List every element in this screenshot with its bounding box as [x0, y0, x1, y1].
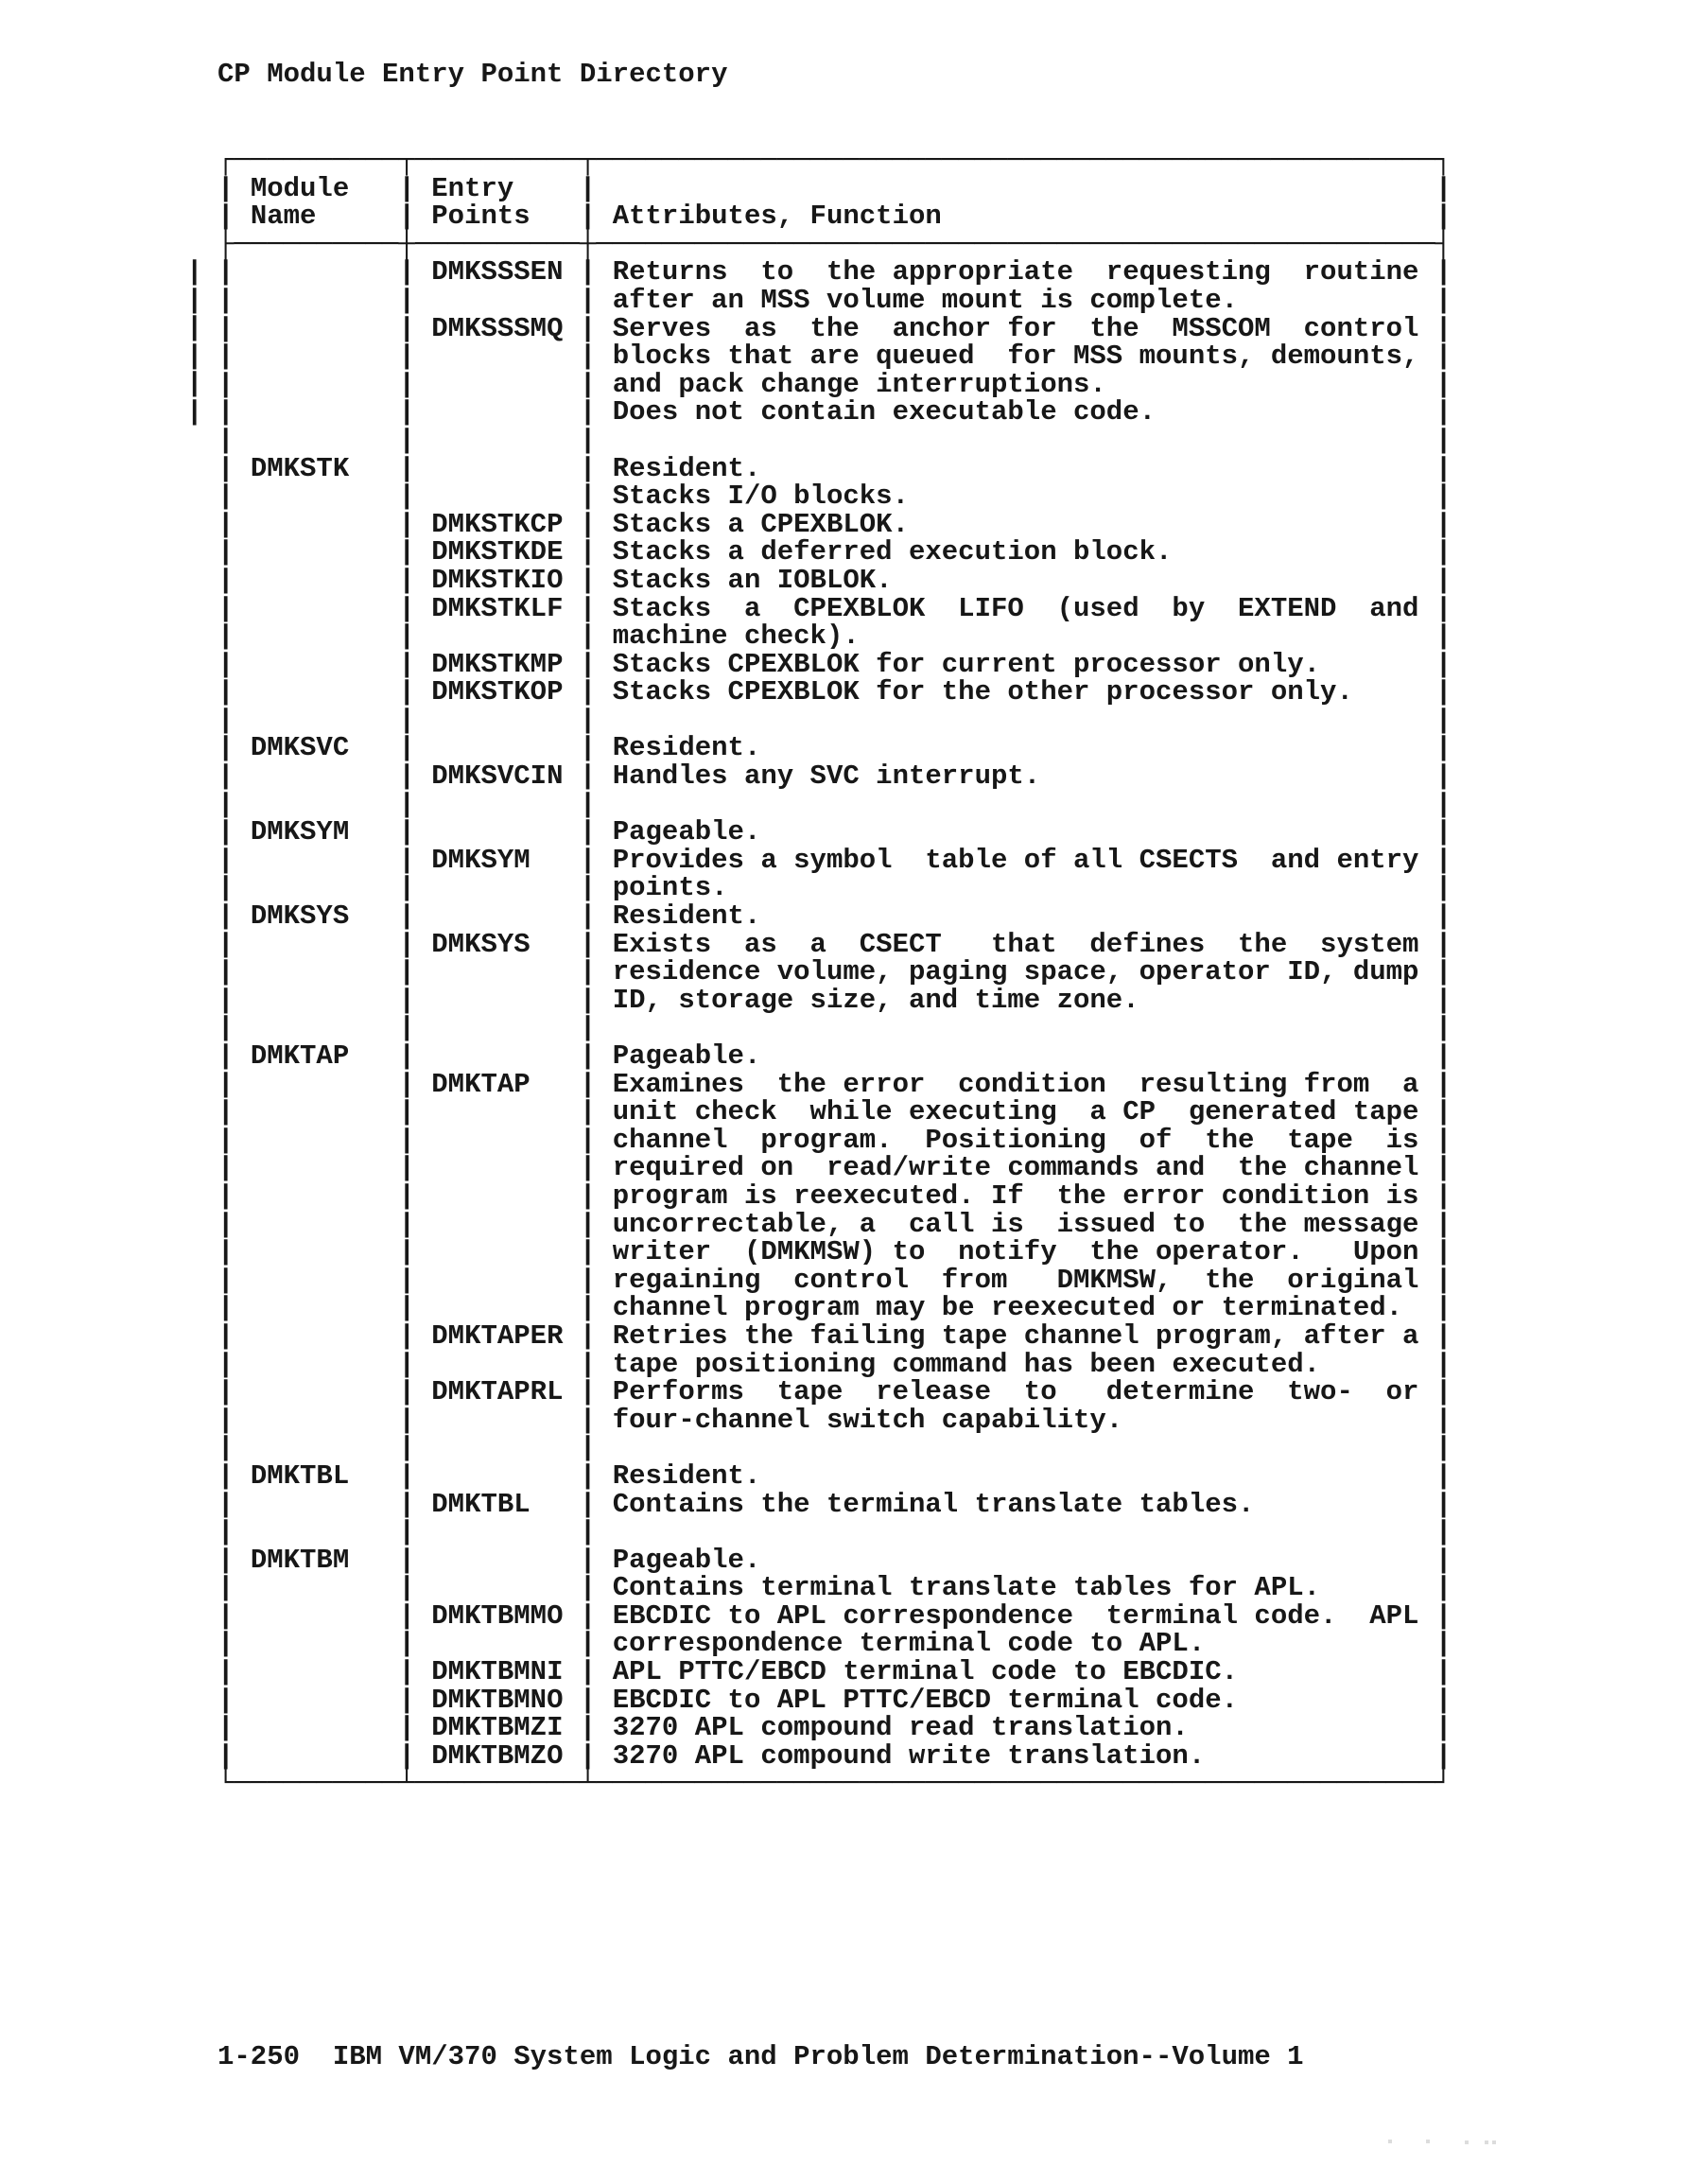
row-entry-dmksym: | | DMKSYM | Provides a symbol table of …	[217, 847, 1452, 875]
function-cell: Handles any SVC interrupt.	[613, 760, 1419, 792]
function-cell: EBCDIC to APL PTTC/EBCD terminal code.	[613, 1685, 1419, 1716]
row-continuation: | | | channel program may be reexecuted …	[217, 1294, 1452, 1322]
row-continuation: | | | Does not contain executable code. …	[217, 398, 1452, 427]
function-cell: machine check).	[613, 620, 1419, 652]
function-cell: Stacks CPEXBLOK for current processor on…	[613, 649, 1419, 680]
function-cell: correspondence terminal code to APL.	[613, 1628, 1419, 1659]
row-spacer: | | | |	[217, 707, 1452, 735]
function-cell: EBCDIC to APL correspondence terminal co…	[613, 1600, 1419, 1632]
function-cell: Pageable.	[613, 1040, 1419, 1072]
module-entry-point-table: ┌──────────┬──────────┬─────────────────…	[217, 147, 1452, 1798]
module-name-cell: DMKSYM	[251, 816, 382, 847]
entry-point-cell	[431, 1545, 563, 1576]
row-continuation: | | | ID, storage size, and time zone. |	[217, 987, 1452, 1015]
entry-point-cell	[431, 1209, 563, 1240]
function-cell: writer (DMKMSW) to notify the operator. …	[613, 1236, 1419, 1267]
entry-point-cell	[431, 1516, 563, 1547]
row-module-dmksys: | DMKSYS | | Resident. |	[217, 902, 1452, 931]
entry-point-cell	[431, 1236, 563, 1267]
function-cell: APL PTTC/EBCD terminal code to EBCDIC.	[613, 1656, 1419, 1687]
entry-point-cell: DMKSSSMQ	[431, 313, 563, 344]
function-cell: unit check while executing a CP generate…	[613, 1096, 1419, 1127]
header-entry-point-cell: Entry	[431, 173, 563, 204]
entry-point-cell: DMKTBMNI	[431, 1656, 563, 1687]
entry-point-cell	[431, 285, 563, 316]
entry-point-cell	[431, 1265, 563, 1296]
function-cell: regaining control from DMKMSW, the origi…	[613, 1265, 1419, 1296]
function-cell: Stacks I/O blocks.	[613, 480, 1419, 512]
function-cell	[613, 705, 1419, 736]
module-name-cell	[251, 1320, 382, 1352]
row-entry-dmktaper: | | DMKTAPER | Retries the failing tape …	[217, 1322, 1452, 1351]
entry-point-cell: DMKTBL	[431, 1489, 563, 1520]
entry-point-cell	[431, 1405, 563, 1436]
entry-point-cell	[431, 900, 563, 932]
module-name-cell	[251, 1180, 382, 1212]
function-cell: Resident.	[613, 732, 1419, 763]
function-cell: Stacks a CPEXBLOK.	[613, 509, 1419, 540]
function-cell: Examines the error condition resulting f…	[613, 1069, 1419, 1100]
function-cell	[613, 425, 1419, 456]
entry-point-cell	[431, 1180, 563, 1212]
margin-pipe-mark: |	[186, 398, 202, 427]
function-cell: channel program. Positioning of the tape…	[613, 1125, 1419, 1156]
entry-point-cell	[431, 396, 563, 428]
module-name-cell	[251, 1405, 382, 1436]
function-cell: channel program may be reexecuted or ter…	[613, 1292, 1419, 1323]
module-name-cell	[251, 1349, 382, 1380]
row-entry-dmkstkcp: | | DMKSTKCP | Stacks a CPEXBLOK. |	[217, 511, 1452, 539]
entry-point-cell: DMKSTKMP	[431, 649, 563, 680]
module-name-cell	[251, 1740, 382, 1772]
module-name-cell	[251, 1516, 382, 1547]
scan-noise-dot	[1426, 2140, 1430, 2143]
function-cell	[613, 1432, 1419, 1463]
table-header-separator: ├──────────┼──────────┼─────────────────…	[217, 231, 1452, 259]
function-cell	[613, 1516, 1419, 1547]
function-cell: required on read/write commands and the …	[613, 1152, 1419, 1183]
function-cell: Pageable.	[613, 816, 1419, 847]
entry-point-cell	[431, 1125, 563, 1156]
scan-noise-dot	[1388, 2140, 1392, 2143]
module-name-cell	[251, 1265, 382, 1296]
function-cell	[613, 789, 1419, 820]
function-cell: Resident.	[613, 1460, 1419, 1492]
row-entry-dmksys: | | DMKSYS | Exists as a CSECT that defi…	[217, 931, 1452, 959]
function-cell: Retries the failing tape channel program…	[613, 1320, 1419, 1352]
module-name-cell	[251, 593, 382, 624]
module-name-cell	[251, 1012, 382, 1043]
module-name-cell	[251, 1600, 382, 1632]
row-continuation: | | | channel program. Positioning of th…	[217, 1127, 1452, 1155]
module-name-cell: DMKSVC	[251, 732, 382, 763]
function-cell: Serves as the anchor for the MSSCOM cont…	[613, 313, 1419, 344]
entry-point-cell	[431, 369, 563, 400]
module-name-cell	[251, 956, 382, 987]
function-cell: Performs tape release to determine two- …	[613, 1376, 1419, 1407]
margin-pipe-mark: |	[186, 258, 202, 287]
function-cell	[613, 1012, 1419, 1043]
function-cell: Stacks a deferred execution block.	[613, 536, 1419, 568]
entry-point-cell	[431, 1460, 563, 1492]
margin-pipe-mark: |	[186, 287, 202, 315]
entry-point-cell: DMKSSSEN	[431, 256, 563, 288]
row-continuation: | | | program is reexecuted. If the erro…	[217, 1182, 1452, 1211]
entry-point-cell	[431, 1628, 563, 1659]
scan-noise-dot	[1465, 2140, 1469, 2144]
margin-pipe-mark: |	[186, 370, 202, 398]
module-name-cell	[251, 256, 382, 288]
row-continuation: | | | residence volume, paging space, op…	[217, 958, 1452, 987]
header-module-name-cell: Name	[251, 201, 382, 232]
entry-point-cell	[431, 1096, 563, 1127]
row-entry-dmktap: | | DMKTAP | Examines the error conditio…	[217, 1071, 1452, 1099]
module-name-cell	[251, 1685, 382, 1716]
row-entry-dmksssen: | | DMKSSSEN | Returns to the appropriat…	[217, 258, 1452, 287]
function-cell: residence volume, paging space, operator…	[613, 956, 1419, 987]
module-name-cell	[251, 1152, 382, 1183]
row-entry-dmksssmq: | | DMKSSSMQ | Serves as the anchor for …	[217, 315, 1452, 343]
entry-point-cell	[431, 705, 563, 736]
row-entry-dmkstklf: | | DMKSTKLF | Stacks a CPEXBLOK LIFO (u…	[217, 595, 1452, 623]
row-spacer: | | | |	[217, 427, 1452, 455]
row-spacer: | | | |	[217, 791, 1452, 819]
function-cell: program is reexecuted. If the error cond…	[613, 1180, 1419, 1212]
entry-point-cell	[431, 1432, 563, 1463]
row-spacer: | | | |	[217, 1434, 1452, 1462]
function-cell: tape positioning command has been execut…	[613, 1349, 1419, 1380]
module-name-cell	[251, 929, 382, 960]
row-continuation: | | | points. |	[217, 874, 1452, 902]
row-entry-dmktbmmo: | | DMKTBMMO | EBCDIC to APL corresponde…	[217, 1602, 1452, 1631]
row-continuation: | | | writer (DMKMSW) to notify the oper…	[217, 1238, 1452, 1267]
margin-pipe-mark: |	[186, 314, 202, 342]
row-entry-dmkstkio: | | DMKSTKIO | Stacks an IOBLOK. |	[217, 567, 1452, 595]
module-name-cell: DMKTBM	[251, 1545, 382, 1576]
row-continuation: | | | and pack change interruptions. |	[217, 371, 1452, 399]
function-cell: uncorrectable, a call is issued to the m…	[613, 1209, 1419, 1240]
row-continuation: | | | Stacks I/O blocks. |	[217, 482, 1452, 511]
table-top-border: ┌──────────┬──────────┬─────────────────…	[217, 147, 1452, 175]
module-name-cell	[251, 1209, 382, 1240]
row-entry-dmkstkop: | | DMKSTKOP | Stacks CPEXBLOK for the o…	[217, 678, 1452, 707]
entry-point-cell	[431, 1572, 563, 1603]
row-module-dmkstk: | DMKSTK | | Resident. |	[217, 455, 1452, 483]
row-entry-dmkstkmp: | | DMKSTKMP | Stacks CPEXBLOK for curre…	[217, 651, 1452, 679]
function-cell: Does not contain executable code.	[613, 396, 1419, 428]
module-name-cell	[251, 1432, 382, 1463]
module-name-cell	[251, 480, 382, 512]
module-name-cell	[251, 1628, 382, 1659]
row-spacer: | | | |	[217, 1014, 1452, 1042]
module-name-cell	[251, 1489, 382, 1520]
row-module-dmksym: | DMKSYM | | Pageable. |	[217, 818, 1452, 847]
module-name-cell	[251, 760, 382, 792]
entry-point-cell	[431, 341, 563, 372]
row-continuation: | | | blocks that are queued for MSS mou…	[217, 342, 1452, 371]
entry-point-cell: DMKSTKIO	[431, 565, 563, 596]
row-entry-dmktbmni: | | DMKTBMNI | APL PTTC/EBCD terminal co…	[217, 1658, 1452, 1686]
entry-point-cell	[431, 1040, 563, 1072]
entry-point-cell: DMKTBMNO	[431, 1685, 563, 1716]
function-cell: Contains terminal translate tables for A…	[613, 1572, 1419, 1603]
function-cell: Stacks CPEXBLOK for the other processor …	[613, 676, 1419, 708]
row-continuation: | | | regaining control from DMKMSW, the…	[217, 1267, 1452, 1295]
entry-point-cell: DMKSTKLF	[431, 593, 563, 624]
module-name-cell	[251, 705, 382, 736]
header-module-name-cell: Module	[251, 173, 382, 204]
entry-point-cell	[431, 732, 563, 763]
row-continuation: | | | correspondence terminal code to AP…	[217, 1630, 1452, 1658]
module-name-cell	[251, 1096, 382, 1127]
module-name-cell	[251, 369, 382, 400]
module-name-cell: DMKTAP	[251, 1040, 382, 1072]
entry-point-cell: DMKSYS	[431, 929, 563, 960]
entry-point-cell: DMKTBMMO	[431, 1600, 563, 1632]
margin-pipe-mark: |	[186, 342, 202, 371]
entry-point-cell	[431, 480, 563, 512]
row-entry-dmktbmzo: | | DMKTBMZO | 3270 APL compound write t…	[217, 1742, 1452, 1771]
scan-noise-dot	[1492, 2140, 1496, 2144]
entry-point-cell	[431, 985, 563, 1016]
entry-point-cell: DMKTAP	[431, 1069, 563, 1100]
entry-point-cell: DMKSTKDE	[431, 536, 563, 568]
entry-point-cell	[431, 872, 563, 903]
row-continuation: | | | machine check). |	[217, 622, 1452, 651]
entry-point-cell: DMKTAPER	[431, 1320, 563, 1352]
module-name-cell	[251, 536, 382, 568]
module-name-cell	[251, 1656, 382, 1687]
module-name-cell	[251, 1292, 382, 1323]
function-cell: points.	[613, 872, 1419, 903]
function-cell: Resident.	[613, 453, 1419, 484]
entry-point-cell	[431, 1012, 563, 1043]
entry-point-cell: DMKSYM	[431, 845, 563, 876]
module-name-cell	[251, 676, 382, 708]
module-name-cell	[251, 1572, 382, 1603]
module-name-cell	[251, 1376, 382, 1407]
entry-point-cell: DMKSTKCP	[431, 509, 563, 540]
function-cell: Stacks an IOBLOK.	[613, 565, 1419, 596]
function-cell: and pack change interruptions.	[613, 369, 1419, 400]
function-cell: Stacks a CPEXBLOK LIFO (used by EXTEND a…	[613, 593, 1419, 624]
row-continuation: | | | uncorrectable, a call is issued to…	[217, 1211, 1452, 1239]
module-name-cell	[251, 425, 382, 456]
row-continuation: | | | tape positioning command has been …	[217, 1351, 1452, 1379]
module-name-cell	[251, 872, 382, 903]
entry-point-cell	[431, 453, 563, 484]
entry-point-cell: DMKSVCIN	[431, 760, 563, 792]
row-entry-dmksvcin: | | DMKSVCIN | Handles any SVC interrupt…	[217, 762, 1452, 791]
entry-point-cell	[431, 816, 563, 847]
row-module-dmktap: | DMKTAP | | Pageable. |	[217, 1042, 1452, 1071]
row-continuation: | | | four-channel switch capability. |	[217, 1406, 1452, 1435]
row-module-dmktbl: | DMKTBL | | Resident. |	[217, 1462, 1452, 1491]
function-cell: Returns to the appropriate requesting ro…	[613, 256, 1419, 288]
row-module-dmksvc: | DMKSVC | | Resident. |	[217, 734, 1452, 762]
header-function-cell	[613, 173, 1419, 204]
module-name-cell	[251, 565, 382, 596]
row-entry-dmktbmzi: | | DMKTBMZI | 3270 APL compound read tr…	[217, 1714, 1452, 1742]
table-header-line-2: | Name | Points | Attributes, Function |	[217, 202, 1452, 231]
function-cell: 3270 APL compound read translation.	[613, 1712, 1419, 1743]
function-cell: Resident.	[613, 900, 1419, 932]
module-name-cell	[251, 341, 382, 372]
module-name-cell: DMKTBL	[251, 1460, 382, 1492]
row-entry-dmktbl: | | DMKTBL | Contains the terminal trans…	[217, 1491, 1452, 1519]
row-continuation: | | | required on read/write commands an…	[217, 1154, 1452, 1182]
row-continuation: | | | after an MSS volume mount is compl…	[217, 287, 1452, 315]
entry-point-cell: DMKTBMZI	[431, 1712, 563, 1743]
row-spacer: | | | |	[217, 1518, 1452, 1546]
function-cell: after an MSS volume mount is complete.	[613, 285, 1419, 316]
entry-point-cell: DMKSTKOP	[431, 676, 563, 708]
entry-point-cell	[431, 1152, 563, 1183]
entry-point-cell: DMKTAPRL	[431, 1376, 563, 1407]
module-name-cell	[251, 285, 382, 316]
entry-point-cell: DMKTBMZO	[431, 1740, 563, 1772]
row-continuation: | | | unit check while executing a CP ge…	[217, 1098, 1452, 1127]
function-cell: Pageable.	[613, 1545, 1419, 1576]
module-name-cell	[251, 649, 382, 680]
entry-point-cell	[431, 956, 563, 987]
scan-noise-dot	[1485, 2140, 1488, 2144]
module-name-cell	[251, 985, 382, 1016]
module-name-cell	[251, 1125, 382, 1156]
entry-point-cell	[431, 1292, 563, 1323]
row-entry-dmkstkde: | | DMKSTKDE | Stacks a deferred executi…	[217, 538, 1452, 567]
entry-point-cell	[431, 1349, 563, 1380]
entry-point-cell	[431, 620, 563, 652]
function-cell: blocks that are queued for MSS mounts, d…	[613, 341, 1419, 372]
row-module-dmktbm: | DMKTBM | | Pageable. |	[217, 1546, 1452, 1575]
module-name-cell	[251, 1236, 382, 1267]
row-entry-dmktbmno: | | DMKTBMNO | EBCDIC to APL PTTC/EBCD t…	[217, 1686, 1452, 1715]
header-entry-point-cell: Points	[431, 201, 563, 232]
entry-point-cell	[431, 425, 563, 456]
module-name-cell	[251, 396, 382, 428]
entry-point-cell	[431, 789, 563, 820]
row-continuation: | | | Contains terminal translate tables…	[217, 1574, 1452, 1602]
function-cell: ID, storage size, and time zone.	[613, 985, 1419, 1016]
module-name-cell: DMKSTK	[251, 453, 382, 484]
module-name-cell	[251, 509, 382, 540]
module-name-cell	[251, 620, 382, 652]
module-name-cell: DMKSYS	[251, 900, 382, 932]
function-cell: Provides a symbol table of all CSECTS an…	[613, 845, 1419, 876]
module-name-cell	[251, 1069, 382, 1100]
function-cell: Exists as a CSECT that defines the syste…	[613, 929, 1419, 960]
module-name-cell	[251, 313, 382, 344]
header-function-cell: Attributes, Function	[613, 201, 1419, 232]
module-name-cell	[251, 789, 382, 820]
scan-artifact-margin-pipes: ||||||	[186, 258, 202, 427]
function-cell: 3270 APL compound write translation.	[613, 1740, 1419, 1772]
function-cell: Contains the terminal translate tables.	[613, 1489, 1419, 1520]
page-title: CP Module Entry Point Directory	[217, 61, 728, 89]
function-cell: four-channel switch capability.	[613, 1405, 1419, 1436]
module-name-cell	[251, 845, 382, 876]
module-name-cell	[251, 1712, 382, 1743]
table-header-line-1: | Module | Entry | |	[217, 175, 1452, 203]
page-footer: 1-250 IBM VM/370 System Logic and Proble…	[217, 2043, 1304, 2071]
table-bottom-border: └──────────┴──────────┴─────────────────…	[217, 1770, 1452, 1798]
row-entry-dmktaprl: | | DMKTAPRL | Performs tape release to …	[217, 1378, 1452, 1406]
